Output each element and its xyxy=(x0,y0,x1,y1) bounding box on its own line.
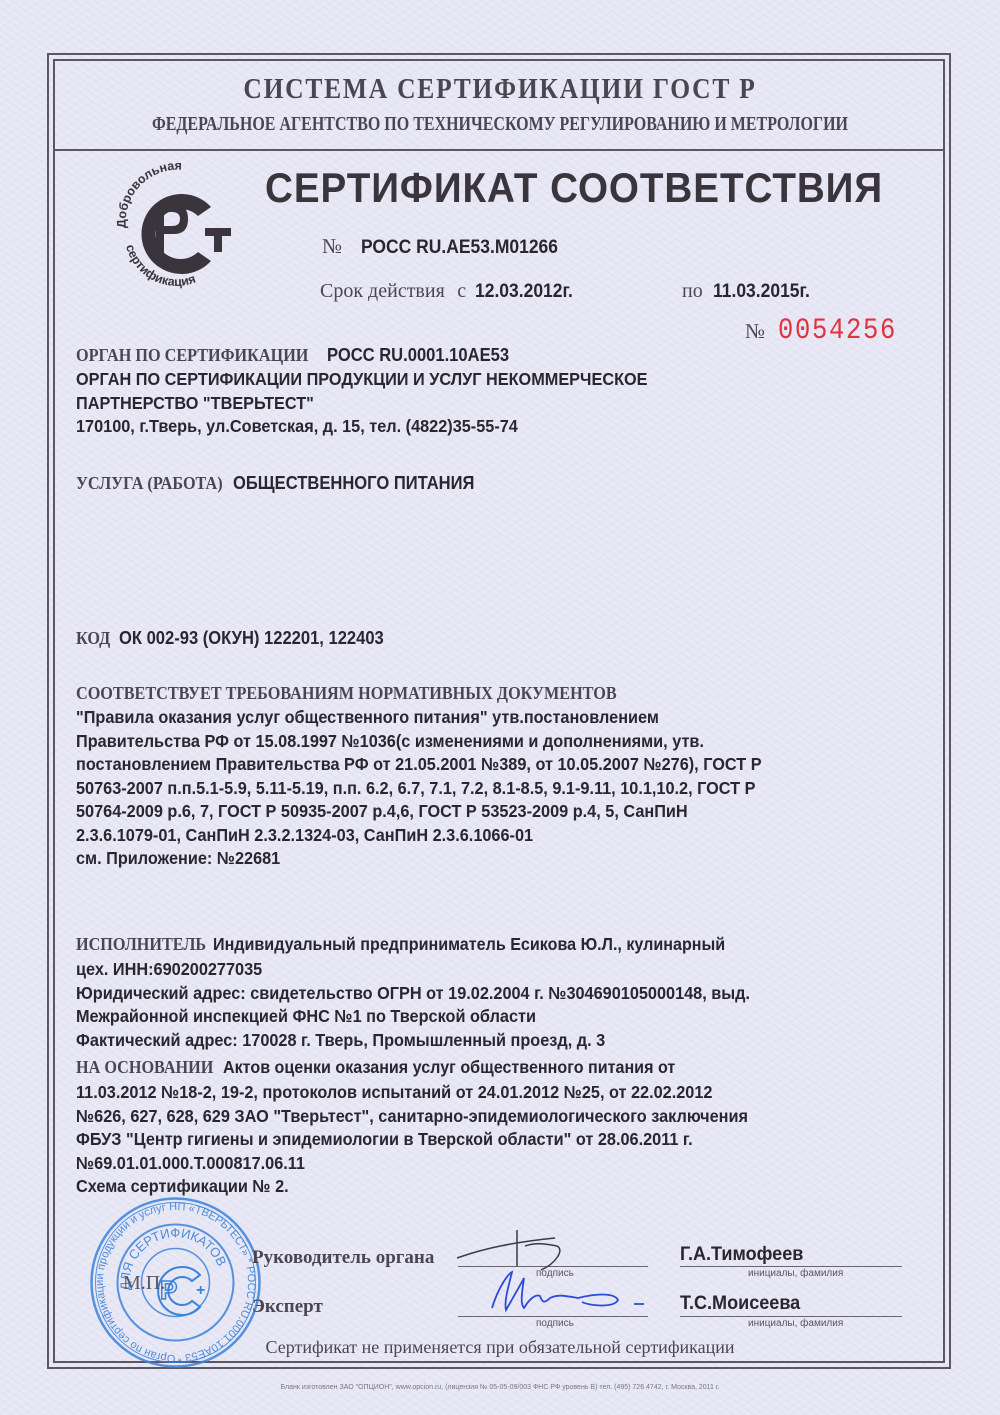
basis-line: 11.03.2012 №18-2, 19-2, протоколов испыт… xyxy=(76,1081,748,1105)
compliance-line: постановлением Правительства РФ от 21.05… xyxy=(76,753,762,777)
certificate-number: РОСС RU.АЕ53.М01266 xyxy=(361,237,558,259)
service-row: УСЛУГА (РАБОТА) ОБЩЕСТВЕННОГО ПИТАНИЯ xyxy=(76,473,496,494)
serial-number: 0054256 xyxy=(778,314,897,348)
to-label: по xyxy=(682,280,703,302)
performer-line: Фактический адрес: 170028 г. Тверь, Пром… xyxy=(76,1029,750,1053)
code-row: КОД ОК 002-93 (ОКУН) 122201, 122403 xyxy=(76,628,406,649)
performer-line: Межрайонной инспекцией ФНС №1 по Тверско… xyxy=(76,1005,750,1029)
footer-note: Сертификат не применяется при обязательн… xyxy=(0,1337,1000,1358)
compliance-line: Правительства РФ от 15.08.1997 №1036(с и… xyxy=(76,730,762,754)
rst-logo-icon: Добровольная сертификация xyxy=(108,158,248,293)
validity-to: по 11.03.2015г. xyxy=(682,280,819,303)
head-name-line xyxy=(680,1266,902,1267)
performer-line: Юридический адрес: свидетельство ОГРН от… xyxy=(76,982,750,1006)
validity-row: Срок действия с 12.03.2012г. xyxy=(320,280,581,303)
expert-name: Т.С.Моисеева xyxy=(680,1293,800,1315)
system-title: СИСТЕМА СЕРТИФИКАЦИИ ГОСТ Р xyxy=(60,73,940,106)
basis-line: ФБУЗ "Центр гигиены и эпидемиологии в Тв… xyxy=(76,1128,748,1152)
expert-name-line xyxy=(680,1316,902,1317)
service-label: УСЛУГА (РАБОТА) xyxy=(76,473,223,494)
basis-first-line: Актов оценки оказания услуг общественног… xyxy=(223,1057,675,1078)
to-date: 11.03.2015г. xyxy=(713,281,810,303)
performer-details: цех. ИНН:690200277035 Юридический адрес:… xyxy=(76,958,801,1052)
performer-first-row: ИСПОЛНИТЕЛЬ Индивидуальный предпринимате… xyxy=(76,934,770,955)
performer-name: Индивидуальный предприниматель Есикова Ю… xyxy=(213,934,725,955)
expert-label: Эксперт xyxy=(252,1296,323,1318)
head-name: Г.А.Тимофеев xyxy=(680,1244,803,1266)
cert-body-label: ОРГАН ПО СЕРТИФИКАЦИИ xyxy=(76,345,308,366)
from-label: с xyxy=(457,280,466,302)
head-name-caption: инициалы, фамилия xyxy=(748,1268,843,1279)
head-signature-icon xyxy=(455,1228,565,1273)
header-divider xyxy=(53,149,943,151)
expert-name-caption: инициалы, фамилия xyxy=(748,1318,843,1329)
compliance-line: 50764-2009 р.6, 7, ГОСТ Р 50935-2007 р.4… xyxy=(76,800,762,824)
certificate-number-row: № РОСС RU.АЕ53.М01266 xyxy=(322,234,575,259)
code-value: ОК 002-93 (ОКУН) 122201, 122403 xyxy=(119,628,384,649)
compliance-line: "Правила оказания услуг общественного пи… xyxy=(76,706,762,730)
validity-label: Срок действия xyxy=(320,280,445,302)
serial-row: № 0054256 xyxy=(745,314,918,348)
from-date: 12.03.2012г. xyxy=(475,281,573,303)
stamp-place-label: М.П. xyxy=(123,1272,165,1295)
certificate-title: СЕРТИФИКАТ СООТВЕТСТВИЯ xyxy=(265,164,883,212)
expert-signature-icon xyxy=(478,1268,648,1318)
basis-first-row: НА ОСНОВАНИИ Актов оценки оказания услуг… xyxy=(76,1057,715,1078)
compliance-line: 2.3.6.1079-01, СанПиН 2.3.2.1324-03, Сан… xyxy=(76,824,762,848)
cert-body-details: ОРГАН ПО СЕРТИФИКАЦИИ ПРОДУКЦИИ И УСЛУГ … xyxy=(76,368,691,439)
compliance-line: 50763-2007 п.п.5.1-5.9, 5.11-5.19, п.п. … xyxy=(76,777,762,801)
basis-label: НА ОСНОВАНИИ xyxy=(76,1057,213,1078)
compliance-documents: "Правила оказания услуг общественного пи… xyxy=(76,706,813,871)
serial-sign: № xyxy=(745,319,765,343)
basis-line: №626, 627, 628, 629 ЗАО "Тверьтест", сан… xyxy=(76,1105,748,1129)
number-sign: № xyxy=(322,234,342,258)
expert-signature-caption: подпись xyxy=(536,1318,574,1329)
performer-line: цех. ИНН:690200277035 xyxy=(76,958,750,982)
cert-body-code: РОСС RU.0001.10АЕ53 xyxy=(327,345,509,366)
printer-info: Бланк изготовлен ЗАО "ОПЦИОН", www.opcio… xyxy=(0,1384,1000,1391)
code-label: КОД xyxy=(76,628,110,649)
cert-body-line: 170100, г.Тверь, ул.Советская, д. 15, те… xyxy=(76,415,648,439)
compliance-label: СООТВЕТСТВУЕТ ТРЕБОВАНИЯМ НОРМАТИВНЫХ ДО… xyxy=(76,683,617,704)
service-value: ОБЩЕСТВЕННОГО ПИТАНИЯ xyxy=(233,473,474,494)
compliance-label-row: СООТВЕТСТВУЕТ ТРЕБОВАНИЯМ НОРМАТИВНЫХ ДО… xyxy=(76,683,677,704)
cert-body-label-row: ОРГАН ПО СЕРТИФИКАЦИИ РОСС RU.0001.10АЕ5… xyxy=(76,345,525,366)
compliance-appendix: см. Приложение: №22681 xyxy=(76,847,762,871)
basis-details: 11.03.2012 №18-2, 19-2, протоколов испыт… xyxy=(76,1081,799,1199)
svg-text:+: + xyxy=(196,1282,205,1299)
basis-line: №69.01.01.000.Т.000817.06.11 xyxy=(76,1152,748,1176)
head-label: Руководитель органа xyxy=(252,1247,434,1269)
performer-label: ИСПОЛНИТЕЛЬ xyxy=(76,934,206,955)
agency-name: ФЕДЕРАЛЬНОЕ АГЕНТСТВО ПО ТЕХНИЧЕСКОМУ РЕ… xyxy=(100,113,900,136)
cert-body-line: ОРГАН ПО СЕРТИФИКАЦИИ ПРОДУКЦИИ И УСЛУГ … xyxy=(76,368,648,392)
cert-body-line: ПАРТНЕРСТВО "ТВЕРЬТЕСТ" xyxy=(76,392,648,416)
